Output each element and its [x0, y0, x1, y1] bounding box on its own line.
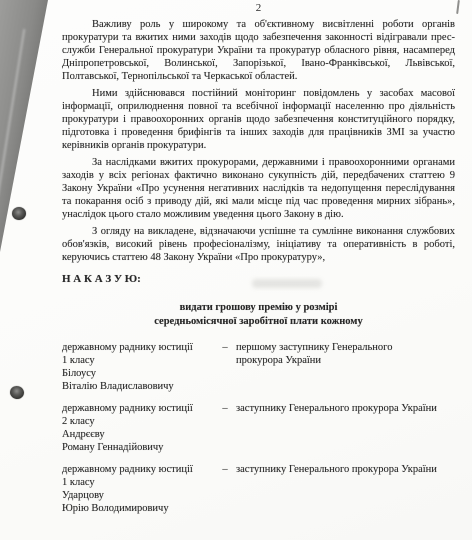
order-keyword: Н А К А З У Ю: — [62, 273, 455, 286]
rank-column: державному раднику юстиції 1 класу Ударц… — [62, 463, 214, 515]
document-content: 2 Важливу роль у широкому та об'єктивном… — [62, 2, 455, 515]
rank-column: державному раднику юстиції 1 класу Білоу… — [62, 341, 214, 393]
paragraph-law-results: За наслідками вжитих прокурорами, держав… — [62, 156, 455, 221]
resolution-heading: видати грошову премію у розмірі середньо… — [62, 301, 455, 329]
award-row: державному раднику юстиції 1 класу Ударц… — [62, 463, 455, 515]
dash-separator: – — [214, 402, 236, 454]
award-row: державному раднику юстиції 2 класу Андрє… — [62, 402, 455, 454]
paragraph-preamble: З огляду на викладене, відзначаючи успіш… — [62, 225, 455, 264]
paragraph-press-services: Важливу роль у широкому та об'єктивному … — [62, 18, 455, 83]
document-page: 2 Важливу роль у широкому та об'єктивном… — [0, 0, 472, 540]
position-column: заступнику Генерального прокурора Україн… — [236, 463, 455, 515]
page-number: 2 — [62, 2, 455, 14]
scan-line-artifact — [456, 0, 460, 14]
dash-separator: – — [214, 341, 236, 393]
paragraph-monitoring: Ними здійснювався постійний моніторинг п… — [62, 87, 455, 152]
rank-column: державному раднику юстиції 2 класу Андрє… — [62, 402, 214, 454]
dash-separator: – — [214, 463, 236, 515]
punch-hole — [9, 384, 26, 400]
position-column: першому заступнику Генерального прокурор… — [236, 341, 455, 393]
position-column: заступнику Генерального прокурора Україн… — [236, 402, 455, 454]
scan-shadow-artifact — [0, 0, 56, 256]
punch-hole — [12, 207, 26, 220]
award-row: державному раднику юстиції 1 класу Білоу… — [62, 341, 455, 393]
